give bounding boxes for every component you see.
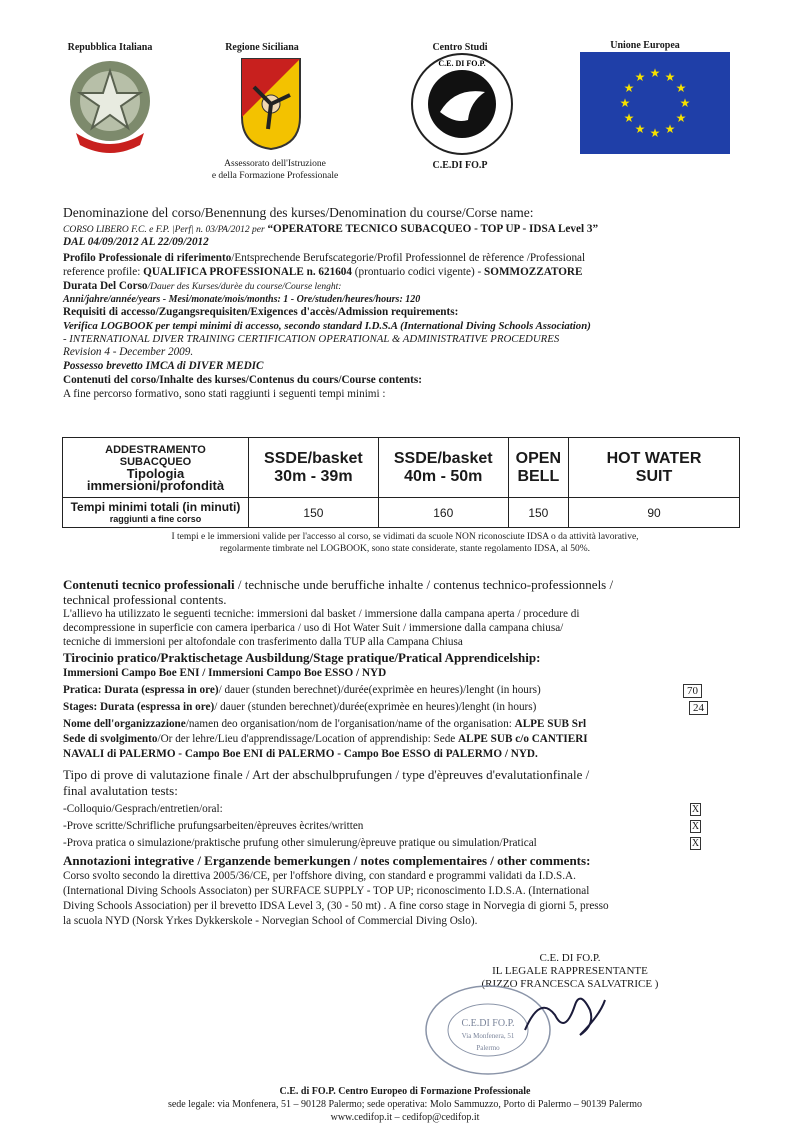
table-note: I tempi e le immersioni valide per l'acc… — [0, 531, 810, 555]
course-title: Denominazione del corso/Benennung des ku… — [63, 206, 534, 219]
footer-contacts[interactable]: www.cedifop.it – cedifop@cedifop.it — [0, 1112, 810, 1123]
svg-text:C.E. DI FO.P.: C.E. DI FO.P. — [438, 59, 485, 68]
technical-body: tecniche di immersioni per altofondale c… — [63, 636, 463, 649]
svg-text:★: ★ — [650, 126, 661, 140]
requirements-line4: Possesso brevetto IMCA di DIVER MEDIC — [63, 360, 263, 373]
table-row: Tempi minimi totali (in minuti) raggiunt… — [63, 498, 740, 528]
notes-line: (International Diving Schools Associaton… — [63, 885, 589, 898]
svg-text:★: ★ — [676, 81, 687, 95]
logo-label-italy: Repubblica Italiana — [40, 42, 180, 53]
table-header-training: ADDESTRAMENTO SUBACQUEO Tipologia immers… — [63, 438, 249, 498]
evaluation-item-oral: -Colloquio/Gesprach/entretien/oral: — [63, 803, 223, 816]
svg-text:★: ★ — [620, 96, 631, 110]
course-name: “OPERATORE TECNICO SUBACQUEO - TOP UP - … — [267, 223, 598, 235]
sicily-caption-1: Assessorato dell'Istruzione — [205, 158, 345, 170]
footer-org: C.E. di FO.P. Centro Europeo di Formazio… — [0, 1086, 810, 1097]
footer-address: sede legale: via Monfenera, 51 – 90128 P… — [0, 1099, 810, 1110]
duration-line: Anni/jahre/année/years - Mesi/monate/moi… — [63, 293, 420, 306]
evaluation-check-oral[interactable]: X — [690, 803, 701, 816]
technical-body: L'allievo ha utilizzato le seguenti tecn… — [63, 608, 579, 621]
duration-label: Durata Del Corso — [63, 280, 148, 292]
svg-text:Palermo: Palermo — [476, 1044, 500, 1052]
duration-rest: /Dauer des Kurses/durèe du course/Course… — [148, 282, 342, 292]
notes-line: Diving Schools Association) per il breve… — [63, 900, 609, 913]
contents-intro: A fine percorso formativo, sono stati ra… — [63, 388, 386, 401]
svg-text:★: ★ — [635, 70, 646, 84]
svg-text:★: ★ — [624, 111, 635, 125]
svg-text:C.E.DI FO.P.: C.E.DI FO.P. — [461, 1018, 514, 1029]
requirements-line2: - INTERNATIONAL DIVER TRAINING CERTIFICA… — [63, 333, 559, 346]
table-cell: 160 — [378, 498, 508, 528]
svg-text:★: ★ — [635, 122, 646, 136]
sicily-caption-2: e della Formazione Professionale — [205, 170, 345, 182]
org-value: ALPE SUB Srl — [515, 718, 587, 730]
evaluation-check-practical[interactable]: X — [690, 837, 701, 850]
venue-value: NAVALI di PALERMO - Campo Boe ENI di PAL… — [63, 748, 538, 761]
italian-emblem-icon — [62, 55, 158, 153]
requirements-line1: Verifica LOGBOOK per tempi minimi di acc… — [63, 320, 591, 333]
stages-hours: 24 — [689, 701, 708, 715]
minimum-times-table: ADDESTRAMENTO SUBACQUEO Tipologia immers… — [62, 437, 740, 528]
svg-text:Via Monfenera, 51: Via Monfenera, 51 — [462, 1032, 515, 1040]
internship-title: Tirocinio pratico/Praktischetage Ausbild… — [63, 651, 540, 664]
table-cell: 90 — [569, 498, 740, 528]
table-col-ssde-30: SSDE/basket30m - 39m — [249, 438, 379, 498]
profile-prefix: reference profile: — [63, 266, 140, 278]
svg-text:★: ★ — [624, 81, 635, 95]
course-prefix: CORSO LIBERO F.C. e F.P. |Perf| n. 03/PA… — [63, 225, 265, 235]
eu-flag-icon: ★★★★★★★★★★★★ — [580, 52, 730, 154]
contents-label: Contenuti del corso/Inhalte des kurses/C… — [63, 374, 422, 387]
cedifop-seal-icon: C.E. DI FO.P. — [410, 52, 515, 157]
notes-line: Corso svolto secondo la direttiva 2005/3… — [63, 870, 576, 883]
trinacria-shield-icon — [240, 57, 302, 151]
svg-text:★: ★ — [665, 70, 676, 84]
table-cell: 150 — [249, 498, 379, 528]
table-row-label: Tempi minimi totali (in minuti) raggiunt… — [63, 498, 249, 528]
cedifop-caption: C.E.DI FO.P — [390, 160, 530, 171]
profile-note: (prontuario codici vigente) - — [355, 266, 481, 278]
svg-text:★: ★ — [665, 122, 676, 136]
notes-title: Annotazioni integrative / Erganzende bem… — [63, 854, 590, 867]
evaluation-item-written: -Prove scritte/Schrifliche prufungsarbei… — [63, 820, 363, 833]
table-col-ssde-40: SSDE/basket40m - 50m — [378, 438, 508, 498]
svg-text:★: ★ — [650, 66, 661, 80]
course-dates: DAL 04/09/2012 AL 22/09/2012 — [63, 236, 209, 249]
evaluation-item-practical: -Prova pratica o simulazione/praktische … — [63, 837, 537, 850]
evaluation-title: Tipo di prove di valutazione finale / Ar… — [63, 768, 589, 781]
notes-line: la scuola NYD (Norsk Yrkes Dykkerskole -… — [63, 915, 477, 928]
internship-item: Immersioni Campo Boe ENI / Immersioni Ca… — [63, 667, 386, 680]
logo-label-eu: Unione Europea — [575, 40, 715, 51]
table-col-open-bell: OPENBELL — [508, 438, 568, 498]
profile-rest: /Entsprechende Berufscategorie/Profil Pr… — [231, 252, 585, 264]
practice-hours: 70 — [683, 684, 702, 698]
technical-title: Contenuti tecnico professionali — [63, 577, 235, 592]
svg-text:★: ★ — [676, 111, 687, 125]
signature-icon — [520, 985, 610, 1045]
technical-body: decompressione in superficie con camera … — [63, 622, 563, 635]
requirements-label: Requisiti di accesso/Zugangsrequisiten/E… — [63, 306, 458, 319]
requirements-line3: Revision 4 - December 2009. — [63, 346, 193, 359]
evaluation-check-written[interactable]: X — [690, 820, 701, 833]
profile-role: SOMMOZZATORE — [484, 266, 582, 278]
technical-title-2: technical professional contents. — [63, 593, 227, 606]
profile-label: Profilo Professionale di riferimento — [63, 252, 231, 264]
logo-label-sicily: Regione Siciliana — [192, 42, 332, 53]
table-col-hot-water: HOT WATERSUIT — [569, 438, 740, 498]
profile-value: QUALIFICA PROFESSIONALE n. 621604 — [143, 266, 352, 278]
svg-text:★: ★ — [680, 96, 691, 110]
table-cell: 150 — [508, 498, 568, 528]
